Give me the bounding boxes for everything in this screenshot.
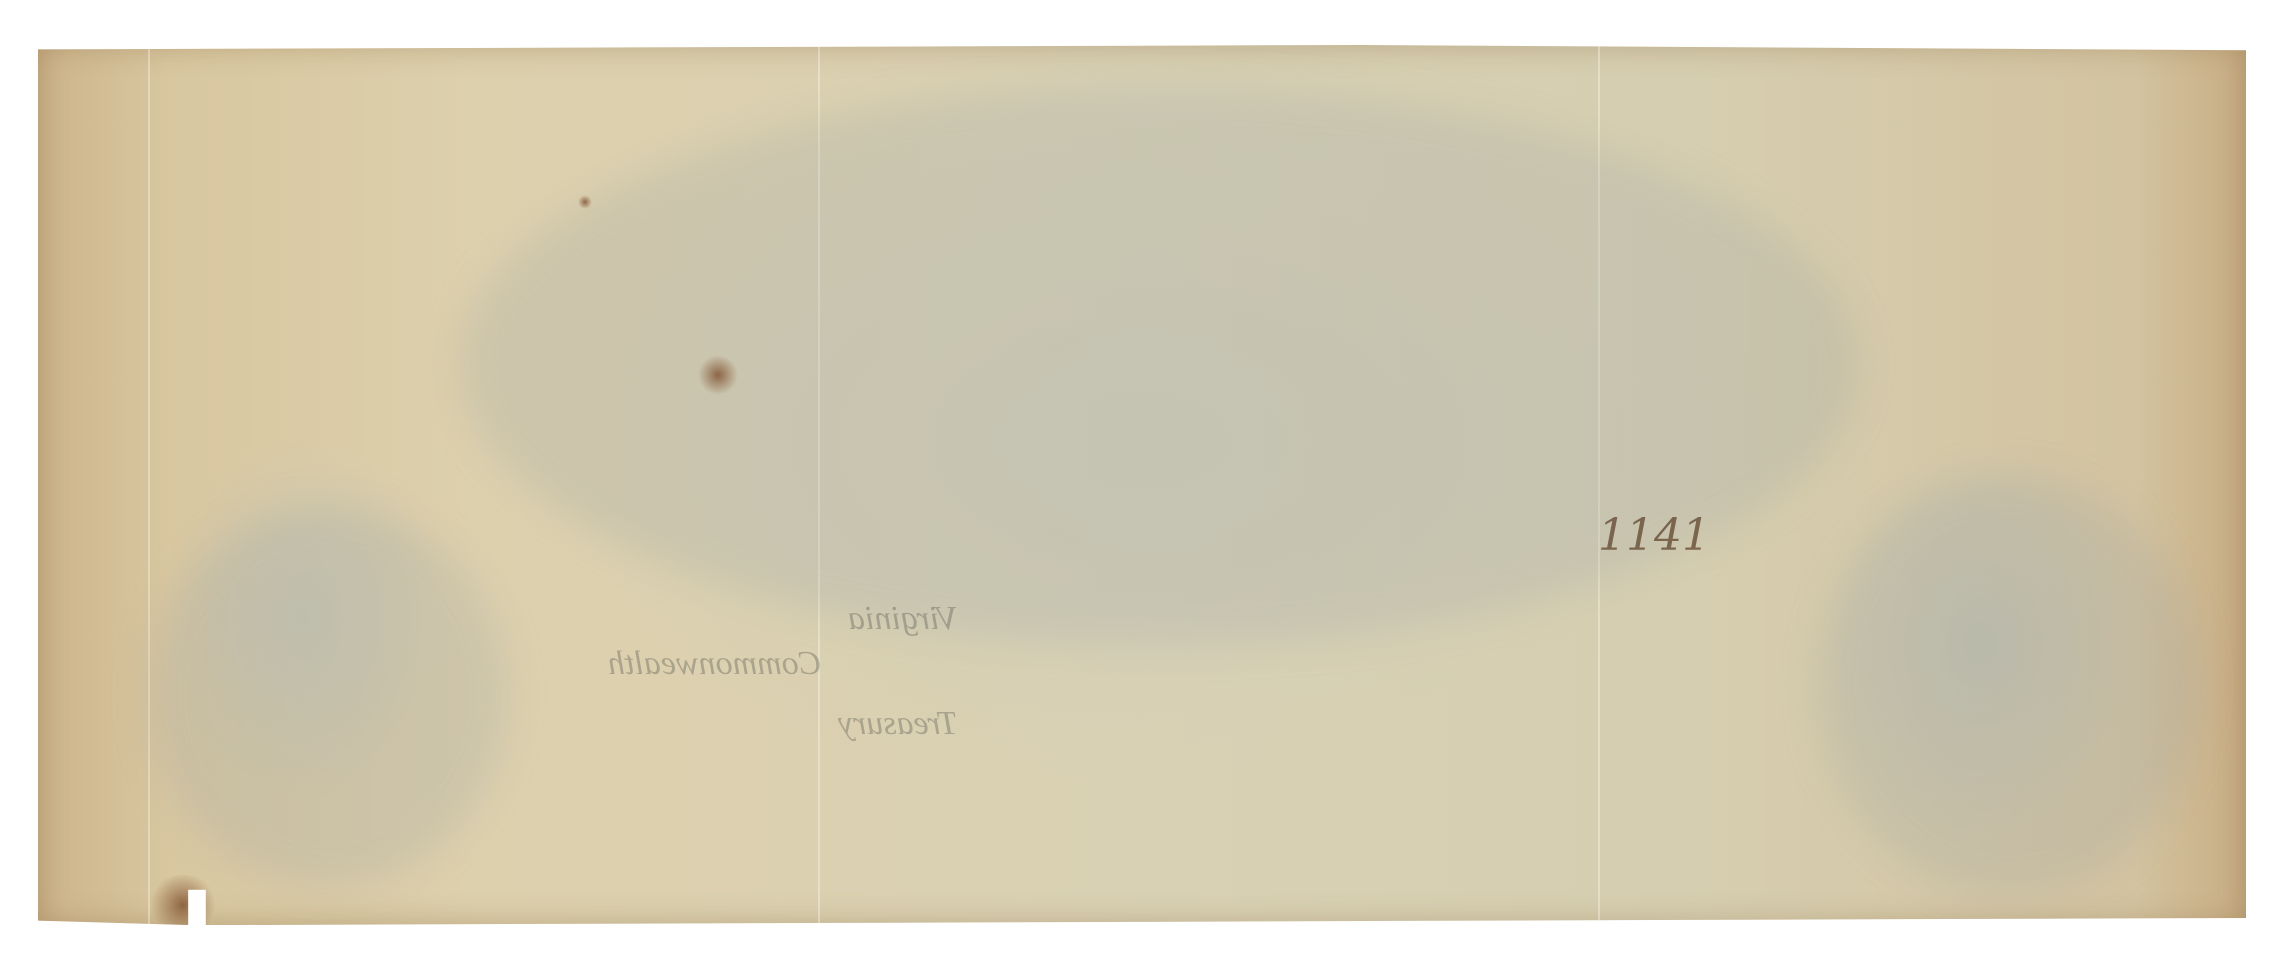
banknote: 1141 Virginia Commonwealth Treasury	[38, 45, 2246, 925]
left-portrait-bleed	[148, 505, 508, 885]
central-vignette-bleed	[458, 85, 1858, 645]
ghost-text-virginia: Virginia	[848, 600, 958, 638]
edge-stain	[148, 875, 218, 935]
fold-crease-left	[148, 45, 150, 925]
ghost-text-treasury: Treasury	[838, 705, 958, 743]
ink-stain	[698, 355, 738, 395]
right-portrait-bleed	[1818, 475, 2198, 895]
ink-dot	[578, 195, 592, 209]
handwritten-number: 1141	[1598, 510, 1710, 561]
ghost-text-commonwealth: Commonwealth	[608, 645, 821, 683]
